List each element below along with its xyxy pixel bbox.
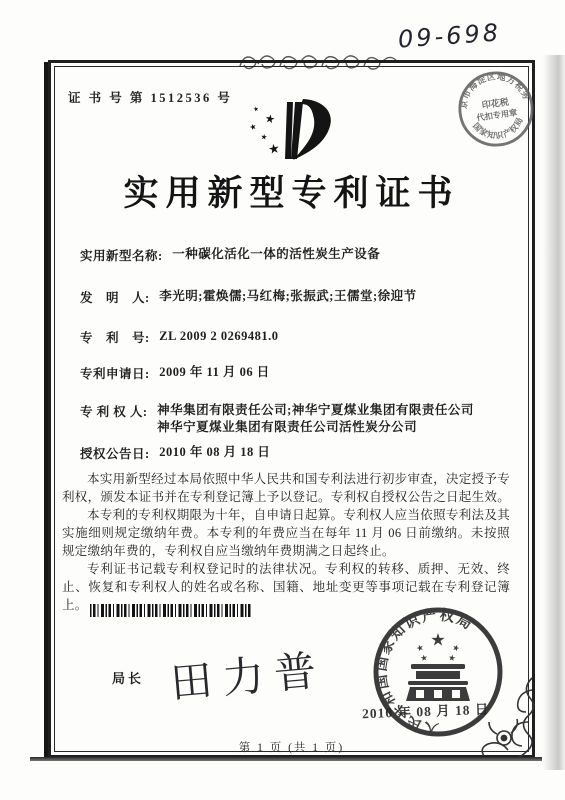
field-grant-publication-date: 授权公告日: 2010 年 08 月 18 日 xyxy=(80,444,270,462)
body-paragraph: 本实用新型经过本局依照中华人民共和国专利法进行初步审查，决定授予专利权，颁发本证… xyxy=(62,470,510,506)
tax-stamp-seal-icon: 北京市海淀区地方税务局 国家知识产权局 印花税 代扣专用章 xyxy=(450,63,543,156)
field-label: 专 利 号: xyxy=(80,328,150,346)
tax-stamp-center-line1: 印花税 xyxy=(481,96,509,111)
field-patentee: 专 利 权 人: 神华集团有限责任公司;神华宁夏煤业集团有限责任公司 神华宁夏煤… xyxy=(80,402,474,436)
certificate-page: 09-698 证 书 号 第 1512536 号 北京市海淀区地方税务局 国家知… xyxy=(0,0,565,800)
scan-edge-bottom xyxy=(30,757,542,761)
body-paragraph: 本专利的专利权期限为十年，自申请日起算。专利权人应当依照专利法及其实施细则规定缴… xyxy=(62,506,510,560)
field-utility-model-name: 实用新型名称: 一种碳化活化一体的活性炭生产设备 xyxy=(80,246,380,264)
field-label: 实用新型名称: xyxy=(80,246,163,264)
field-filing-date: 专利申请日: 2009 年 11 月 06 日 xyxy=(80,364,270,382)
cnipa-logo-icon xyxy=(243,97,339,167)
legal-body-text: 本实用新型经过本局依照中华人民共和国专利法进行初步审查，决定授予专利权，颁发本证… xyxy=(62,470,510,614)
field-inventors: 发 明 人: 李光明;霍焕儒;马红梅;张振武;王儒堂;徐迎节 xyxy=(80,288,417,306)
field-label: 发 明 人: xyxy=(80,288,150,306)
field-value: ZL 2009 2 0269481.0 xyxy=(159,328,278,345)
handwritten-number: 09-698 xyxy=(397,18,502,53)
field-label: 专利申请日: xyxy=(80,364,150,382)
certificate-title: 实用新型专利证书 xyxy=(48,166,535,216)
field-value: 2010 年 08 月 18 日 xyxy=(159,444,270,461)
field-patent-number: 专 利 号: ZL 2009 2 0269481.0 xyxy=(80,328,279,346)
certificate-number: 证 书 号 第 1512536 号 xyxy=(68,88,232,106)
page-footer: 第 1 页 (共 1 页) xyxy=(48,739,535,755)
field-value: 李光明;霍焕儒;马红梅;张振武;王儒堂;徐迎节 xyxy=(159,288,416,305)
barcode xyxy=(90,604,252,617)
field-label: 授权公告日: xyxy=(80,444,150,462)
director-title-label: 局长 xyxy=(112,668,144,687)
field-value: 2009 年 11 月 06 日 xyxy=(159,364,269,381)
field-value: 一种碳化活化一体的活性炭生产设备 xyxy=(172,246,380,263)
field-value: 神华集团有限责任公司;神华宁夏煤业集团有限责任公司 神华宁夏煤业集团有限责任公司… xyxy=(157,402,474,436)
field-label: 专 利 权 人: xyxy=(80,402,148,420)
scan-edge-right xyxy=(543,55,565,770)
